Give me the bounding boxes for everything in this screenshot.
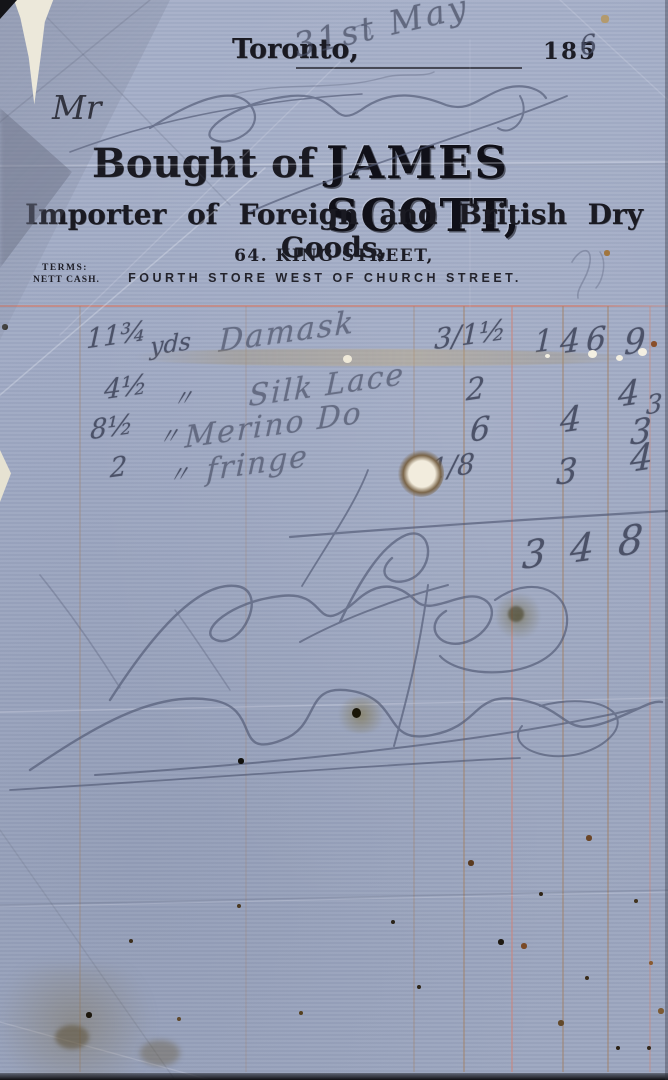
paper-hole xyxy=(398,449,444,497)
pencil-flourishes-and-creases xyxy=(0,0,668,1080)
scanned-invoice-page: Toronto, 185 6 31st May Mr Bought of JAM… xyxy=(0,0,668,1080)
stain xyxy=(508,606,524,622)
stain xyxy=(352,708,361,718)
stain xyxy=(140,1040,180,1066)
abrasion-damage-strip xyxy=(135,349,633,366)
stain xyxy=(0,965,170,1080)
paper-abrasion-flecks xyxy=(545,354,550,358)
stain xyxy=(55,1025,89,1049)
stain xyxy=(334,697,388,733)
scan-edge-bottom xyxy=(0,1073,668,1080)
